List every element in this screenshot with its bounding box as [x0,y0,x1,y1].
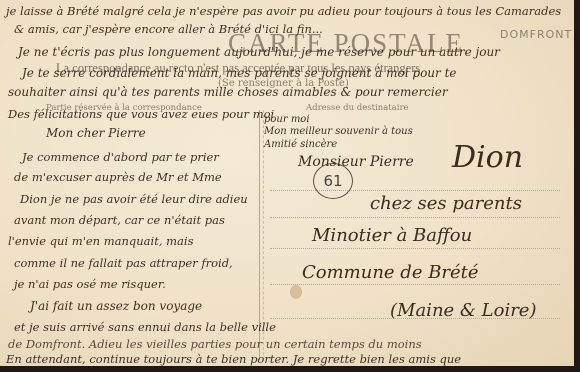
address-label: Adresse du destinataire [306,103,409,113]
address-line-2 [270,217,560,218]
body-line: comme il ne fallait pas attraper froid, [14,256,233,270]
address-line-minotier: Minotier à Baffou [312,225,472,246]
body-line: Dion je ne pas avoir été leur dire adieu [20,192,248,206]
handwritten-line: Je ne t'écris pas plus longuement aujour… [18,45,500,59]
address-line-3 [270,248,560,249]
handwritten-line: souhaiter ainsi qu'à tes parents mille c… [8,85,448,99]
body-line: je n'ai pas osé me risquer. [14,277,166,291]
handwritten-line: je laisse à Brété malgré cela je n'espèr… [6,4,561,18]
body-line: Je commence d'abord par te prier [22,150,219,164]
greeting: Mon cher Pierre [46,126,146,140]
address-line-chez: chez ses parents [370,193,522,214]
recipient-name-prefix: Monsieur Pierre [298,154,414,170]
postcard-back: CARTE POSTALE La correspondance au recto… [0,0,576,368]
side-note: Mon meilleur souvenir à tous [264,126,413,137]
card-edge-bottom [0,366,580,372]
handwritten-line: Je te serre cordialement la main, mes pa… [22,66,457,80]
body-line: En attendant, continue toujours à te bie… [6,352,461,366]
body-line: l'envie qui m'en manquait, mais [8,234,193,248]
card-edge-right [574,0,580,372]
body-line: J'ai fait un assez bon voyage [30,299,202,313]
address-line-commune: Commune de Brété [302,262,479,283]
handwritten-line: & amis, car j'espère encore aller à Brét… [14,22,323,36]
body-line: et je suis arrivé sans ennui dans la bel… [14,320,276,334]
handwritten-line: Des félicitations que vous avez eues pou… [8,107,274,121]
body-line: de m'excuser auprès de Mr et Mme [14,170,222,184]
side-note: pour moi [264,114,310,125]
postmark-pencil-note: DOMFRONT [500,28,572,41]
address-line-department: (Maine & Loire) [390,300,536,321]
address-line-4 [270,284,560,285]
side-note: Amitié sincère [264,139,337,150]
department-number: 61 [323,172,342,190]
body-line: avant mon départ, car ce n'était pas [14,213,225,227]
address-line-1 [270,190,560,191]
paper-stain [290,285,302,299]
body-line: de Domfront. Adieu les vieilles parties … [8,337,422,351]
recipient-surname: Dion [452,140,523,175]
